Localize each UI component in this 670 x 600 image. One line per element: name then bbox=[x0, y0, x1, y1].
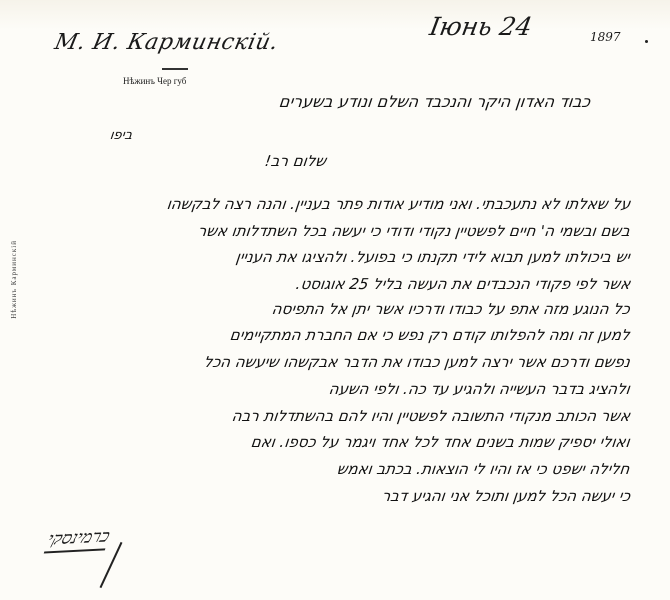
letter-date: Iюнь 24 bbox=[427, 12, 534, 41]
body-line: כל הנוגע מזה אתפ על כבודו ודרכיו אשר יתן… bbox=[271, 300, 631, 318]
salutation: שלום רב! bbox=[264, 152, 328, 170]
vertical-stamp: Нѣжинъ Карминскiй bbox=[10, 240, 18, 319]
body-line: למען זה ומה להפלותו קודם רק נפש כי אם הח… bbox=[229, 326, 631, 344]
greeting-line: כבוד האדון היקר והנכבד השלם ונודע בשערים bbox=[277, 92, 591, 111]
signature: כרמינסקי bbox=[44, 526, 112, 553]
body-line: על שאלתו לא נתעכבתי. ואני מודיע אודות פת… bbox=[165, 195, 631, 213]
letter-year: 1897 bbox=[590, 30, 621, 44]
letterhead-place: Нѣжинъ Чер губ bbox=[123, 76, 186, 86]
body-line: נפשם ודרכם אשר ירצה למען כבודו את הדבר א… bbox=[203, 353, 632, 371]
date-dot bbox=[645, 40, 648, 43]
letterhead-divider bbox=[162, 68, 188, 70]
body-line: אשר הכותב מנקודי התשובה לפשטיין והיו להם… bbox=[231, 407, 632, 425]
body-line: כי יעשה הכל למען ותוכל אני והגיע דבר bbox=[380, 487, 631, 505]
body-line: יש ביכולתו למען תבוא לידי תקנתו כי בפועל… bbox=[235, 248, 631, 266]
body-line: בשם ובשמי ה' חיים לפשטיין נקודי ודודי כי… bbox=[197, 222, 632, 240]
body-line: ולהציג בדבר העשייה ולהגיע עד כה. ולפי הש… bbox=[328, 380, 631, 398]
body-line: חלילה ישפט כי אז והיו לי הוצאות. בכתב וא… bbox=[336, 460, 631, 478]
letterhead-name: М. И. Карминскiй. bbox=[52, 30, 280, 55]
body-line: ואולי יספיק שמות בשנים אחד לכל אחד ויגמר… bbox=[250, 433, 631, 451]
greeting-location: ביפו bbox=[109, 128, 133, 143]
body-line: אשר לפי פקודי הנכבדים את העשה בליל 25 או… bbox=[294, 275, 631, 293]
